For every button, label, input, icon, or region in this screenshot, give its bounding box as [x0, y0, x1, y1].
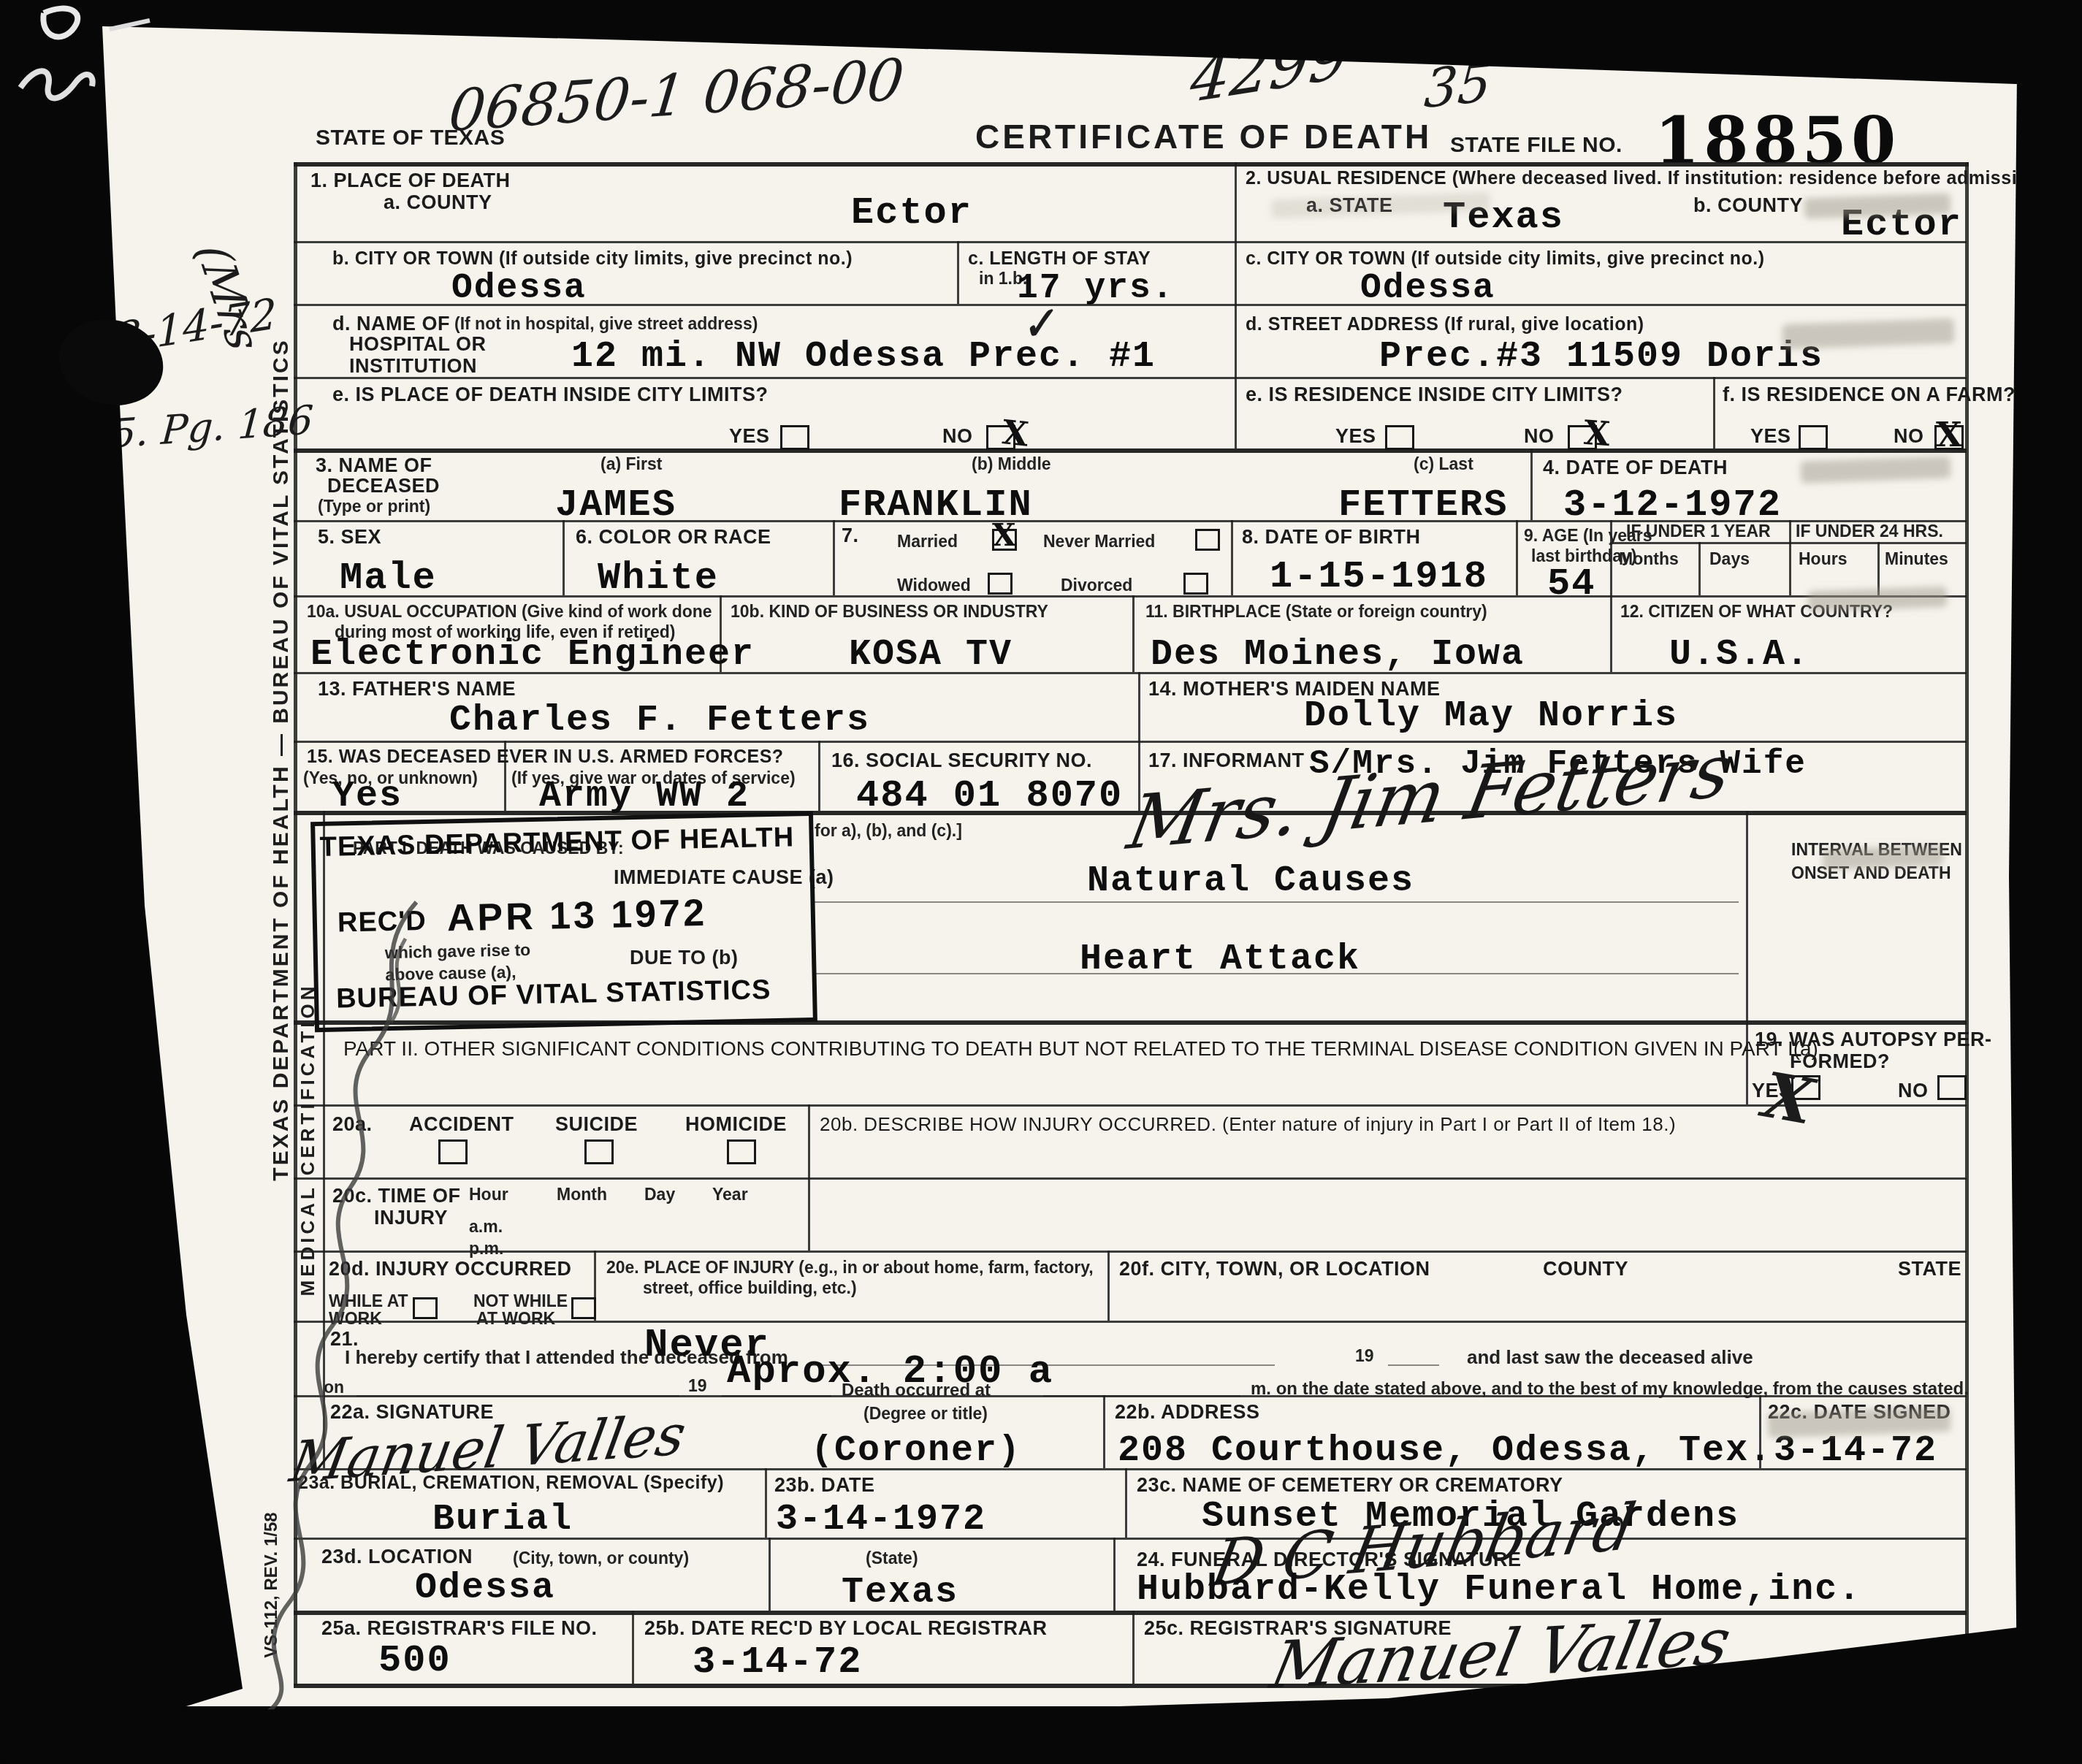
death-certificate-scan: STATE OF TEXAS 06850-1 068-00 4299 35 CE…	[0, 0, 2082, 1764]
top-edge	[0, 0, 2082, 86]
bottom-edge	[0, 1620, 2082, 1764]
left-edge	[0, 0, 243, 1764]
right-edge	[2009, 0, 2082, 1764]
scanner-frame	[0, 0, 2082, 1764]
